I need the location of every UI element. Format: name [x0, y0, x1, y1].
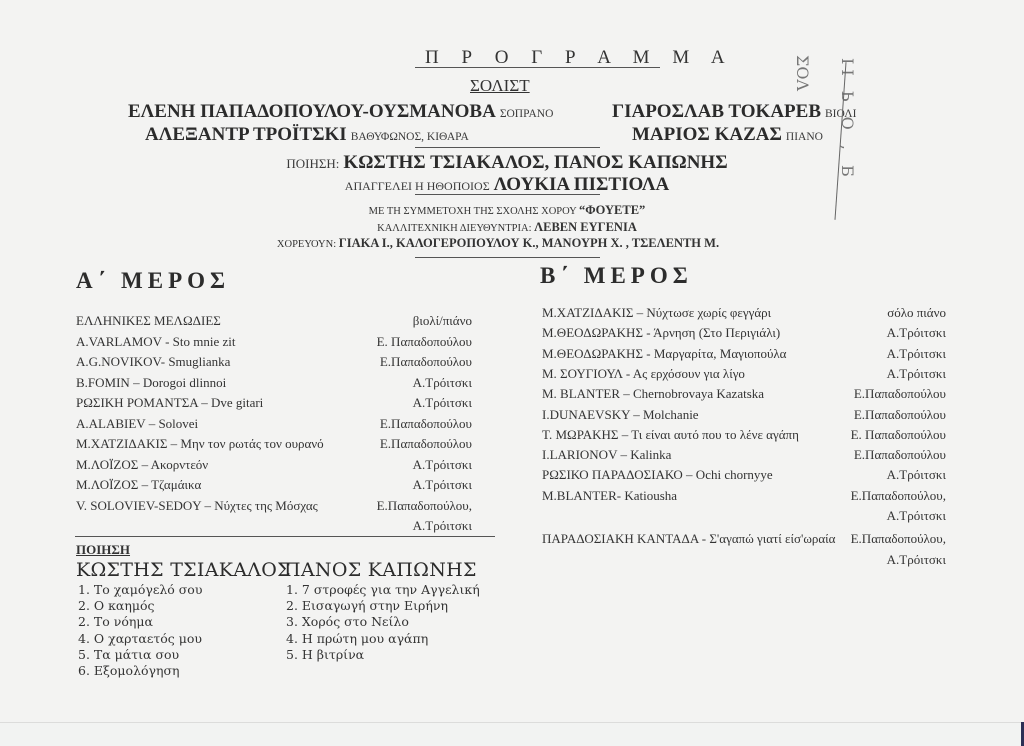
program-item-performer: Ε.Παπαδοπούλου, [377, 498, 472, 514]
program-item-performer: Ε.Παπαδοπούλου, [851, 531, 946, 547]
dancers-credit: ΧΟΡΕΥΟΥΝ: ΓΙΑΚΑ Ι., ΚΑΛΟΓΕΡΟΠΟΥΛΟΥ Κ., Μ… [277, 236, 719, 251]
program-item-performer: Ε.Παπαδοπούλου [854, 447, 946, 463]
soloist-role: ΠΙΑΝΟ [786, 131, 823, 143]
program-item-piece: Μ.ΧΑΤΖΙΔΑΚΙΣ – Νύχτωσε χωρίς φεγγάρι [542, 305, 771, 321]
poem-title: 4. Ο χαρταετός μου [78, 631, 202, 646]
soloists-heading: ΣΟΛΙΣΤ [470, 76, 530, 96]
program-item-piece: M.BLANTER- Katiousha [542, 488, 677, 504]
soloist-role: ΒΑΘΥΦΩΝΟΣ, ΚΙΘΑΡΑ [351, 131, 469, 143]
poem-title: 1. 7 στροφές για την Αγγελική [286, 582, 480, 597]
program-item-performer: Ε.Παπαδοπούλου [380, 354, 472, 370]
program-item-piece: I.DUNAEVSKY – Molchanie [542, 407, 699, 423]
handwritten-annotation: ΣΟΛ [793, 55, 812, 91]
program-item-piece: V. SOLOVIEV-SEDOY – Νύχτες της Μόσχας [76, 498, 318, 514]
program-item-performer: Α.Τρόιτσκι [413, 477, 472, 493]
soloist-4: ΜΑΡΙΟΣ ΚΑΖΑΣ ΠΙΑΝΟ [632, 124, 823, 146]
artistic-director-credit: ΚΑΛΛΙΤΕΧΝΙΚΗ ΔΙΕΥΘΥΝΤΡΙΑ: ΛΕΒΕΝ ΕΥΓΕΝΙΑ [377, 220, 637, 235]
part-a-heading: Α΄ ΜΕΡΟΣ [76, 268, 230, 294]
program-item-performer: Α.Τρόιτσκι [413, 457, 472, 473]
program-item-piece: A.VARLAMOV - Sto mnie zit [76, 334, 236, 350]
program-item-piece: Μ.ΛΟΪΖΟΣ – Ακορντεόν [76, 457, 208, 473]
program-item-piece: ΕΛΛΗΝΙΚΕΣ ΜΕΛΩΔΙΕΣ [76, 313, 221, 329]
program-item-piece: Μ.ΘΕΟΔΩΡΑΚΗΣ - Άρνηση (Στο Περιγιάλι) [542, 325, 780, 341]
soloist-name: ΑΛΕΞΑΝΤΡ ΤΡΟΪΤΣΚΙ [145, 124, 347, 145]
program-item-piece: A.G.NOVIKOV- Smuglianka [76, 354, 230, 370]
program-item-performer: Ε.Παπαδοπούλου [854, 407, 946, 423]
program-item-performer: Ε.Παπαδοπούλου [380, 416, 472, 432]
program-item-performer: Ε.Παπαδοπούλου [380, 436, 472, 452]
poem-title: 2. Ο καημός [78, 598, 155, 613]
program-item-performer: σόλο πιάνο [887, 305, 946, 321]
poem-title: 4. Η πρώτη μου αγάπη [286, 631, 428, 646]
soloist-3: ΓΙΑΡΟΣΛΑΒ ΤΟΚΑΡΕΒ ΒΙΟΛΙ [612, 101, 856, 123]
soloist-role: ΣΟΠΡΑΝΟ [500, 108, 554, 120]
program-item-performer: Ε.Παπαδοπούλου [854, 386, 946, 402]
poem-title: 5. Τα μάτια σου [78, 647, 179, 662]
part-b-heading: Β΄ ΜΕΡΟΣ [540, 263, 693, 289]
title-underline [415, 67, 660, 68]
divider [415, 147, 600, 148]
program-item-piece: M. BLANTER – Chernobrovaya Kazatska [542, 386, 764, 402]
poem-title: 5. Η βιτρίνα [286, 647, 364, 662]
divider [415, 257, 600, 258]
program-item-piece: I.LARIONOV – Kalinka [542, 447, 671, 463]
program-item-piece: Μ. ΣΟΥΓΙΟΥΛ - Ας ερχόσουν για λίγο [542, 366, 745, 382]
poem-title: 6. Εξομολόγηση [78, 663, 180, 678]
program-item-piece: Μ.ΛΟΪΖΟΣ – Τζαμάικα [76, 477, 201, 493]
program-item-performer: Α.Τρόιτσκι [887, 325, 946, 341]
scanned-program-page: Π Ρ Ο Γ Ρ Α Μ Μ Α ΣΟΛΙΣΤ ΕΛΕΝΗ ΠΑΠΑΔΟΠΟΥ… [0, 0, 1024, 723]
poem-title: 2. Το νόημα [78, 614, 153, 629]
poetry-credit: ΠΟΙΗΣΗ: ΚΩΣΤΗΣ ΤΣΙΑΚΑΛΟΣ, ΠΑΝΟΣ ΚΑΠΩΝΗΣ [286, 152, 727, 174]
poetry-label: ΠΟΙΗΣΗ [76, 542, 130, 558]
program-item-performer: Α.Τρόιτσκι [413, 518, 472, 534]
program-item-piece: Μ.ΘΕΟΔΩΡΑΚΗΣ - Μαργαρίτα, Μαγιοπούλα [542, 346, 787, 362]
program-item-performer: Ε. Παπαδοπούλου [377, 334, 472, 350]
program-item-performer: Α.Τρόιτσκι [887, 552, 946, 568]
program-item-piece: Τ. ΜΩΡΑΚΗΣ – Τι είναι αυτό που το λένε α… [542, 427, 799, 443]
soloist-name: ΓΙΑΡΟΣΛΑΒ ΤΟΚΑΡΕΒ [612, 101, 821, 122]
soloist-1: ΕΛΕΝΗ ΠΑΠΑΔΟΠΟΥΛΟΥ-ΟΥΣΜΑΝΟΒΑ ΣΟΠΡΑΝΟ [128, 101, 553, 123]
divider [415, 194, 600, 195]
program-item-performer: βιολί/πιάνο [413, 313, 472, 329]
program-item-performer: Α.Τρόιτσκι [887, 508, 946, 524]
program-item-piece: ΠΑΡΑΔΟΣΙΑΚΗ ΚΑΝΤΑΔΑ - Σ'αγαπώ γιατί είσ'… [542, 531, 836, 547]
program-item-performer: Α.Τρόιτσκι [413, 395, 472, 411]
program-item-performer: Α.Τρόιτσκι [887, 467, 946, 483]
poetry-divider [75, 536, 495, 537]
program-item-piece: B.FOMIN – Dorogoi dlinnoi [76, 375, 226, 391]
poet-name: ΚΩΣΤΗΣ ΤΣΙΑΚΑΛΟΣ [76, 559, 291, 581]
program-item-piece: A.ALABIEV – Solovei [76, 416, 198, 432]
program-item-performer: Ε.Παπαδοπούλου, [851, 488, 946, 504]
dance-school-credit: ΜΕ ΤΗ ΣΥΜΜΕΤΟΧΗ ΤΗΣ ΣΧΟΛΗΣ ΧΟΡΟΥ “ΦΟΥΕΤΕ… [369, 203, 646, 218]
poem-title: 3. Χορός στο Νείλο [286, 614, 409, 629]
soloist-2: ΑΛΕΞΑΝΤΡ ΤΡΟΪΤΣΚΙ ΒΑΘΥΦΩΝΟΣ, ΚΙΘΑΡΑ [145, 124, 469, 146]
soloist-name: ΕΛΕΝΗ ΠΑΠΑΔΟΠΟΥΛΟΥ-ΟΥΣΜΑΝΟΒΑ [128, 101, 496, 122]
poet-name: ΠΑΝΟΣ ΚΑΠΩΝΗΣ [284, 559, 477, 581]
scanner-background [0, 723, 1024, 746]
recitation-credit: ΑΠΑΓΓΕΛΕΙ Η ΗΘΟΠΟΙΟΣ ΛΟΥΚΙΑ ΠΙΣΤΙΟΛΑ [345, 174, 669, 196]
program-item-performer: Α.Τρόιτσκι [413, 375, 472, 391]
program-title: Π Ρ Ο Γ Ρ Α Μ Μ Α [425, 47, 734, 69]
program-item-piece: ΡΩΣΙΚΟ ΠΑΡΑΔΟΣΙΑΚΟ – Ochi chornyye [542, 467, 773, 483]
program-item-piece: Μ.ΧΑΤΖΙΔΑΚΙΣ – Μην τον ρωτάς τον ουρανό [76, 436, 324, 452]
program-item-performer: Α.Τρόιτσκι [887, 346, 946, 362]
program-item-performer: Ε. Παπαδοπούλου [851, 427, 946, 443]
program-item-piece: ΡΩΣΙΚΗ ΡΟΜΑΝΤΣΑ – Dve gitari [76, 395, 263, 411]
poem-title: 2. Εισαγωγή στην Ειρήνη [286, 598, 448, 613]
soloist-name: ΜΑΡΙΟΣ ΚΑΖΑΣ [632, 124, 782, 145]
poem-title: 1. Το χαμόγελό σου [78, 582, 202, 597]
program-item-performer: Α.Τρόιτσκι [887, 366, 946, 382]
